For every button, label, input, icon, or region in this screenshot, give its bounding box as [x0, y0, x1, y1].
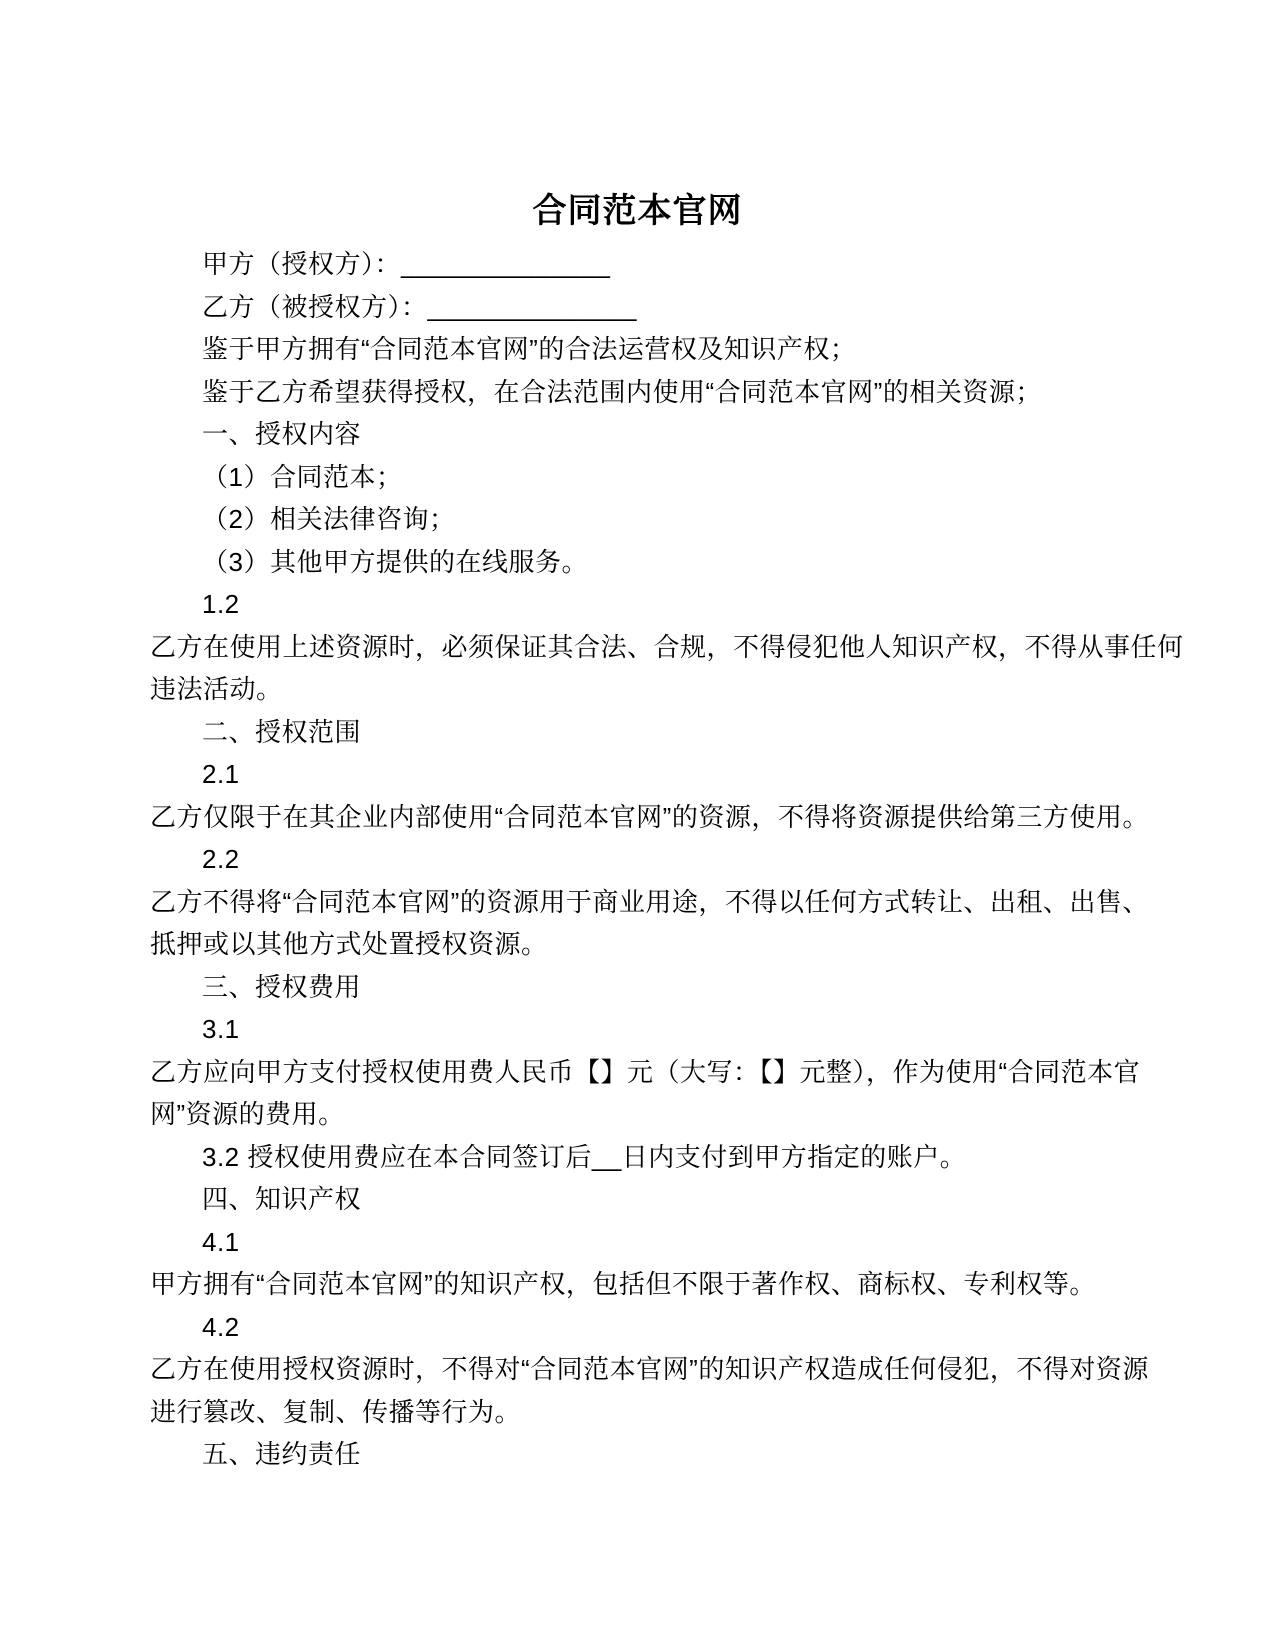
paragraph-clause-2-2-text-1: 乙方不得将“合同范本官网”的资源用于商业用途，不得以任何方式转让、出租、出售、	[150, 881, 1130, 924]
line-clause-1-2: 1.2	[150, 583, 1130, 626]
heading-section-2: 二、授权范围	[150, 711, 1130, 754]
heading-section-4: 四、知识产权	[150, 1178, 1130, 1221]
line-clause-2-2: 2.2	[150, 838, 1130, 881]
line-party-a: 甲方（授权方）：______________	[150, 243, 1130, 286]
paragraph-clause-2-1-text: 乙方仅限于在其企业内部使用“合同范本官网”的资源，不得将资源提供给第三方使用。	[150, 796, 1130, 839]
document-title: 合同范本官网	[0, 183, 1275, 232]
line-item-1: （1）合同范本；	[150, 456, 1130, 499]
paragraph-clause-2-2-text-2: 抵押或以其他方式处置授权资源。	[150, 923, 1130, 966]
heading-section-3: 三、授权费用	[150, 966, 1130, 1009]
line-clause-2-1: 2.1	[150, 753, 1130, 796]
line-clause-3-1: 3.1	[150, 1008, 1130, 1051]
paragraph-clause-4-1-text: 甲方拥有“合同范本官网”的知识产权，包括但不限于著作权、商标权、专利权等。	[150, 1263, 1130, 1306]
paragraph-clause-1-2-text-2: 违法活动。	[150, 668, 1130, 711]
document-body: 甲方（授权方）：______________ 乙方（被授权方）：________…	[150, 243, 1130, 1476]
heading-section-5: 五、违约责任	[150, 1433, 1130, 1476]
document-page: 合同范本官网 甲方（授权方）：______________ 乙方（被授权方）：_…	[0, 0, 1275, 1650]
heading-section-1: 一、授权内容	[150, 413, 1130, 456]
paragraph-clause-3-1-text-1: 乙方应向甲方支付授权使用费人民币【】元（大写：【】元整），作为使用“合同范本官	[150, 1051, 1130, 1094]
line-item-3: （3）其他甲方提供的在线服务。	[150, 541, 1130, 584]
paragraph-clause-4-2-text-2: 进行篡改、复制、传播等行为。	[150, 1391, 1130, 1434]
line-clause-4-2: 4.2	[150, 1306, 1130, 1349]
line-recital-party-a: 鉴于甲方拥有“合同范本官网”的合法运营权及知识产权；	[150, 328, 1130, 371]
line-clause-4-1: 4.1	[150, 1221, 1130, 1264]
line-party-b: 乙方（被授权方）：______________	[150, 286, 1130, 329]
paragraph-clause-1-2-text-1: 乙方在使用上述资源时，必须保证其合法、合规，不得侵犯他人知识产权，不得从事任何	[150, 626, 1130, 669]
paragraph-clause-4-2-text-1: 乙方在使用授权资源时，不得对“合同范本官网”的知识产权造成任何侵犯，不得对资源	[150, 1348, 1130, 1391]
line-clause-3-2: 3.2 授权使用费应在本合同签订后__日内支付到甲方指定的账户。	[150, 1136, 1130, 1179]
line-recital-party-b: 鉴于乙方希望获得授权，在合法范围内使用“合同范本官网”的相关资源；	[150, 371, 1130, 414]
paragraph-clause-3-1-text-2: 网”资源的费用。	[150, 1093, 1130, 1136]
line-item-2: （2）相关法律咨询；	[150, 498, 1130, 541]
